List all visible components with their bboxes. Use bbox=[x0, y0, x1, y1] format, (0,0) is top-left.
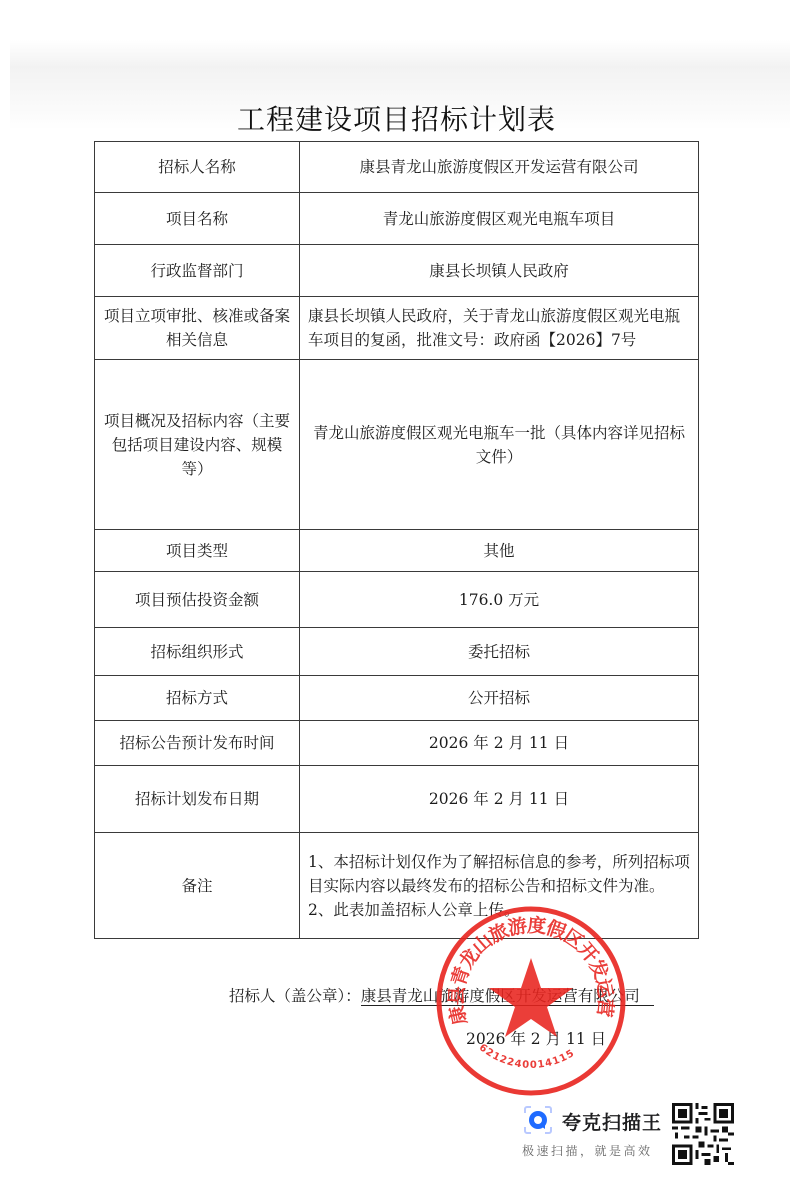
row-value: 176.0 万元 bbox=[300, 572, 699, 628]
table-row: 项目名称 青龙山旅游度假区观光电瓶车项目 bbox=[95, 193, 699, 245]
row-label: 项目类型 bbox=[95, 530, 300, 572]
scanner-watermark: 夸克扫描王 极速扫描，就是高效 bbox=[520, 1100, 670, 1160]
table-row: 项目预估投资金额 176.0 万元 bbox=[95, 572, 699, 628]
row-value: 康县长坝镇人民政府，关于青龙山旅游度假区观光电瓶车项目的复函，批准文号：政府函【… bbox=[300, 297, 699, 360]
signer-label: 招标人（盖公章）： bbox=[229, 987, 361, 1005]
row-value: 康县青龙山旅游度假区开发运营有限公司 bbox=[300, 142, 699, 193]
table-row: 招标组织形式 委托招标 bbox=[95, 628, 699, 676]
table-row: 招标公告预计发布时间 2026 年 2 月 11 日 bbox=[95, 721, 699, 766]
row-value: 委托招标 bbox=[300, 628, 699, 676]
table-row: 招标人名称 康县青龙山旅游度假区开发运营有限公司 bbox=[95, 142, 699, 193]
svg-text:6212240014115: 6212240014115 bbox=[477, 1042, 577, 1071]
app-slogan: 极速扫描，就是高效 bbox=[522, 1142, 653, 1159]
company-seal-icon: 康县青龙山旅游度假区开发运营有限公司 6212240014115 bbox=[433, 903, 629, 1099]
qr-code-icon bbox=[672, 1103, 734, 1165]
row-value: 青龙山旅游度假区观光电瓶车一批（具体内容详见招标文件） bbox=[300, 360, 699, 530]
row-label: 项目名称 bbox=[95, 193, 300, 245]
row-label: 行政监督部门 bbox=[95, 245, 300, 297]
table-row: 项目概况及招标内容（主要包括项目建设内容、规模等） 青龙山旅游度假区观光电瓶车一… bbox=[95, 360, 699, 530]
row-label: 招标组织形式 bbox=[95, 628, 300, 676]
row-label: 项目概况及招标内容（主要包括项目建设内容、规模等） bbox=[95, 360, 300, 530]
row-label: 招标公告预计发布时间 bbox=[95, 721, 300, 766]
row-value: 康县长坝镇人民政府 bbox=[300, 245, 699, 297]
table-row: 项目类型 其他 bbox=[95, 530, 699, 572]
row-label: 项目立项审批、核准或备案相关信息 bbox=[95, 297, 300, 360]
row-label: 招标人名称 bbox=[95, 142, 300, 193]
row-value: 其他 bbox=[300, 530, 699, 572]
row-label: 备注 bbox=[95, 833, 300, 939]
remark-line: 1、本招标计划仅作为了解招标信息的参考，所列招标项目实际内容以最终发布的招标公告… bbox=[308, 850, 692, 898]
row-value: 公开招标 bbox=[300, 676, 699, 721]
table-row: 行政监督部门 康县长坝镇人民政府 bbox=[95, 245, 699, 297]
row-value: 2026 年 2 月 11 日 bbox=[300, 721, 699, 766]
table-row: 项目立项审批、核准或备案相关信息 康县长坝镇人民政府，关于青龙山旅游度假区观光电… bbox=[95, 297, 699, 360]
row-label: 招标方式 bbox=[95, 676, 300, 721]
row-value: 2026 年 2 月 11 日 bbox=[300, 766, 699, 833]
table-row: 招标方式 公开招标 bbox=[95, 676, 699, 721]
bidding-plan-table: 招标人名称 康县青龙山旅游度假区开发运营有限公司 项目名称 青龙山旅游度假区观光… bbox=[94, 141, 699, 939]
app-name: 夸克扫描王 bbox=[562, 1108, 662, 1135]
row-label: 项目预估投资金额 bbox=[95, 572, 300, 628]
quark-scanner-logo-icon bbox=[522, 1104, 554, 1136]
row-label: 招标计划发布日期 bbox=[95, 766, 300, 833]
document-title: 工程建设项目招标计划表 bbox=[0, 98, 793, 138]
table-row: 招标计划发布日期 2026 年 2 月 11 日 bbox=[95, 766, 699, 833]
row-value: 青龙山旅游度假区观光电瓶车项目 bbox=[300, 193, 699, 245]
